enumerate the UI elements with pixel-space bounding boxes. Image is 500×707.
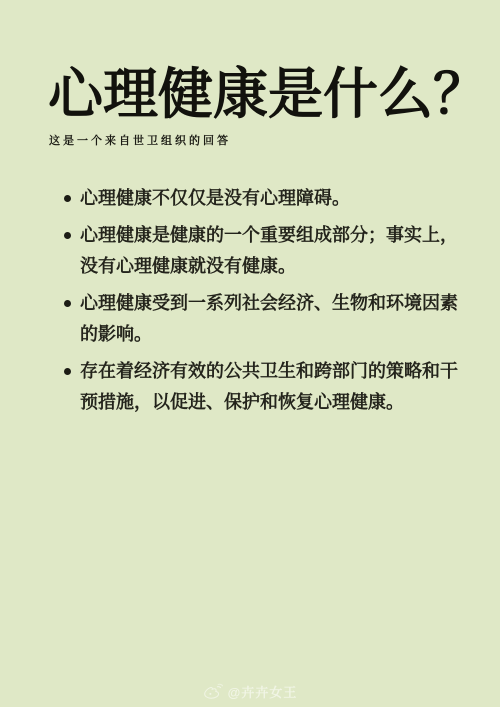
watermark: @卉卉女王 [0,682,500,701]
mental-health-poster: 心理健康是什么？ 这是一个来自世卫组织的回答 心理健康不仅仅是没有心理障碍。 心… [0,0,500,707]
page-title: 心理健康是什么？ [48,66,460,124]
bullet-text: 心理健康不仅仅是没有心理障碍。 [80,183,467,214]
bullet-dot-icon [64,195,71,202]
bullet-list: 心理健康不仅仅是没有心理障碍。 心理健康是健康的一个重要组成部分；事实上，没有心… [0,183,500,418]
title-block: 心理健康是什么？ 这是一个来自世卫组织的回答 [0,0,500,148]
bullet-dot-icon [64,232,71,239]
list-item: 存在着经济有效的公共卫生和跨部门的策略和干预措施，以促进、保护和恢复心理健康。 [64,356,467,418]
list-item: 心理健康不仅仅是没有心理障碍。 [64,183,467,214]
page-subtitle: 这是一个来自世卫组织的回答 [49,132,460,148]
list-item: 心理健康受到一系列社会经济、生物和环境因素的影响。 [64,288,467,350]
bullet-text: 存在着经济有效的公共卫生和跨部门的策略和干预措施，以促进、保护和恢复心理健康。 [80,356,467,418]
weibo-icon [203,683,223,700]
bullet-text: 心理健康是健康的一个重要组成部分；事实上，没有心理健康就没有健康。 [80,220,467,282]
bullet-dot-icon [64,368,71,375]
watermark-text: @卉卉女王 [228,682,298,701]
bullet-text: 心理健康受到一系列社会经济、生物和环境因素的影响。 [80,288,467,350]
list-item: 心理健康是健康的一个重要组成部分；事实上，没有心理健康就没有健康。 [64,220,467,282]
bullet-dot-icon [64,300,71,307]
